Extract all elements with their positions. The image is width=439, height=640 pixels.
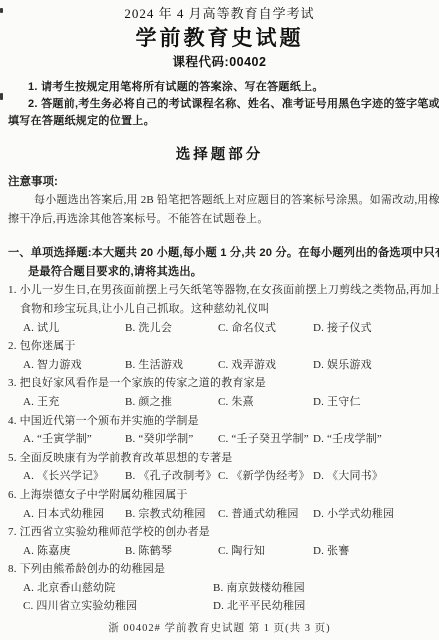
option-item: C. 朱熹 [218,393,313,412]
instruction-line: 2. 答题前,考生务必将自己的考试课程名称、姓名、准考证号用黑色字迹的签字笔或钢… [8,96,431,113]
question-block: 6. 上海崇德女子中学附属幼稚园属于A. 日本式幼稚园B. 宗教式幼稚园C. 普… [8,486,431,523]
instruction-line: 1. 请考生按规定用笔将所有试题的答案涂、写在答题纸上。 [8,79,431,96]
option-item: D. “壬戌学制” [313,430,382,449]
option-item: C. 四川省立实验幼稚园 [23,597,213,616]
question-stem: 8. 下列由熊希龄创办的幼稚园是 [8,560,431,579]
option-row: A. 《长兴学记》B. 《孔子改制考》C. 《新学伪经考》D. 《大同书》 [23,467,431,486]
question-block: 4. 中国近代第一个颁布并实施的学制是A. “壬寅学制”B. “癸卯学制”C. … [8,412,431,449]
option-row: A. 陈嘉庚B. 陈鹤琴C. 陶行知D. 张謇 [23,542,431,561]
option-item: C. 陶行知 [218,542,313,561]
question-stem: 7. 江西省立实验幼稚师范学校的创办者是 [8,523,431,542]
option-item: D. 《大同书》 [313,467,383,486]
option-item: D. 张謇 [313,542,349,561]
question-stem: 食物和珍宝玩具,让小儿自己抓取。这种慈幼礼仪叫 [8,300,431,319]
question-block: 8. 下列由熊希龄创办的幼稚园是A. 北京香山慈幼院B. 南京鼓楼幼稚园C. 四… [8,560,431,616]
part-one-heading: 一、单项选择题:本大题共 20 小题,每小题 1 分,共 20 分。在每小题列出… [8,244,431,281]
page-title: 学前教育史试题 [8,25,431,52]
option-item: D. 小学式幼稚园 [313,505,394,524]
option-item: A. 北京香山慈幼院 [23,579,213,598]
instruction-item: 2. 答题前,考生务必将自己的考试课程名称、姓名、准考证号用黑色字迹的签字笔或钢… [8,96,431,130]
notice-block: 注意事项: 每小题选出答案后,用 2B 铅笔把答题纸上对应题目的答案标号涂黑。如… [8,174,431,228]
instruction-item: 1. 请考生按规定用笔将所有试题的答案涂、写在答题纸上。 [8,79,431,96]
option-row: A. 试儿B. 洗儿会C. 命名仪式D. 接子仪式 [23,319,431,338]
notice-body: 每小题选出答案后,用 2B 铅笔把答题纸上对应题目的答案标号涂黑。如需改动,用橡… [8,191,431,228]
exam-session: 2024 年 4 月高等教育自学考试 [8,6,431,22]
notice-line: 擦干净后,再选涂其他答案标号。不能答在试题卷上。 [8,210,431,229]
option-item: A. 试儿 [23,319,125,338]
section-title: 选择题部分 [8,145,431,165]
option-item: B. 南京鼓楼幼稚园 [213,579,431,598]
option-item: C. 《新学伪经考》 [218,467,313,486]
option-item: C. “壬子癸丑学制” [218,430,313,449]
option-item: B. 宗教式幼稚园 [125,505,218,524]
option-row: A. 智力游戏B. 生活游戏C. 戏弄游戏D. 娱乐游戏 [23,356,431,375]
instruction-line: 填写在答题纸规定的位置上。 [8,113,431,130]
option-item: D. 娱乐游戏 [313,356,372,375]
question-block: 5. 全面反映康有为学前教育改革思想的专著是A. 《长兴学记》B. 《孔子改制考… [8,449,431,486]
part-heading-line: 是最符合题目要求的,请将其选出。 [8,263,431,282]
instructions-list: 1. 请考生按规定用笔将所有试题的答案涂、写在答题纸上。2. 答题前,考生务必将… [8,79,431,130]
option-item: B. 颜之推 [125,393,218,412]
option-item: A. 《长兴学记》 [23,467,125,486]
exam-paper-page: 2024 年 4 月高等教育自学考试 学前教育史试题 课程代码:00402 1.… [0,0,439,640]
option-item: A. 智力游戏 [23,356,125,375]
option-row: A. 日本式幼稚园B. 宗教式幼稚园C. 普通式幼稚园D. 小学式幼稚园 [23,505,431,524]
scan-artifact [0,8,3,13]
question-list: 1. 小儿一岁生日,在男孩面前摆上弓矢纸笔等器物,在女孩面前摆上刀剪线之类物品,… [8,281,431,616]
question-stem: 6. 上海崇德女子中学附属幼稚园属于 [8,486,431,505]
option-item: D. 北平平民幼稚园 [213,597,431,616]
option-item: A. “壬寅学制” [23,430,125,449]
option-row: A. 北京香山慈幼院B. 南京鼓楼幼稚园C. 四川省立实验幼稚园D. 北平平民幼… [23,579,431,616]
option-row: A. “壬寅学制”B. “癸卯学制”C. “壬子癸丑学制”D. “壬戌学制” [23,430,431,449]
option-item: D. 接子仪式 [313,319,372,338]
question-stem: 3. 把良好家风看作是一个家族的传家之道的教育家是 [8,374,431,393]
option-row: A. 王充B. 颜之推C. 朱熹D. 王守仁 [23,393,431,412]
option-item: C. 戏弄游戏 [218,356,313,375]
option-item: B. “癸卯学制” [125,430,218,449]
option-item: A. 陈嘉庚 [23,542,125,561]
scan-artifact [0,93,3,100]
question-block: 3. 把良好家风看作是一个家族的传家之道的教育家是A. 王充B. 颜之推C. 朱… [8,374,431,411]
option-item: B. 《孔子改制考》 [125,467,218,486]
notice-heading: 注意事项: [8,174,431,191]
question-stem: 5. 全面反映康有为学前教育改革思想的专著是 [8,449,431,468]
question-stem: 2. 包你迷属于 [8,337,431,356]
question-block: 2. 包你迷属于A. 智力游戏B. 生活游戏C. 戏弄游戏D. 娱乐游戏 [8,337,431,374]
option-item: B. 陈鹤琴 [125,542,218,561]
question-block: 1. 小儿一岁生日,在男孩面前摆上弓矢纸笔等器物,在女孩面前摆上刀剪线之类物品,… [8,281,431,337]
option-item: A. 王充 [23,393,125,412]
page-footer: 浙 00402# 学前教育史试题 第 1 页(共 3 页) [8,621,431,637]
question-block: 7. 江西省立实验幼稚师范学校的创办者是A. 陈嘉庚B. 陈鹤琴C. 陶行知D.… [8,523,431,560]
question-stem: 4. 中国近代第一个颁布并实施的学制是 [8,412,431,431]
option-item: D. 王守仁 [313,393,361,412]
option-item: C. 普通式幼稚园 [218,505,313,524]
question-stem: 1. 小儿一岁生日,在男孩面前摆上弓矢纸笔等器物,在女孩面前摆上刀剪线之类物品,… [8,281,431,300]
option-item: B. 洗儿会 [125,319,218,338]
option-item: A. 日本式幼稚园 [23,505,125,524]
notice-line: 每小题选出答案后,用 2B 铅笔把答题纸上对应题目的答案标号涂黑。如需改动,用橡… [8,191,431,210]
paper-header: 2024 年 4 月高等教育自学考试 学前教育史试题 课程代码:00402 [8,6,431,70]
option-item: B. 生活游戏 [125,356,218,375]
option-item: C. 命名仪式 [218,319,313,338]
part-heading-line: 一、单项选择题:本大题共 20 小题,每小题 1 分,共 20 分。在每小题列出… [8,244,431,263]
course-code: 课程代码:00402 [8,54,431,70]
